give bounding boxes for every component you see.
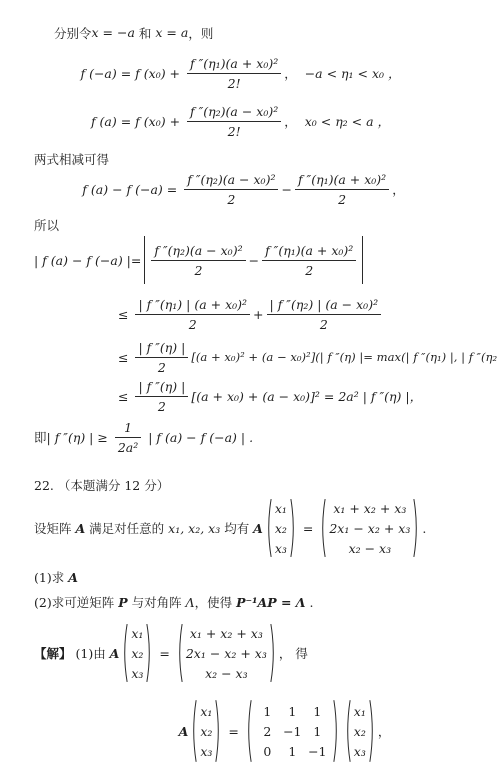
eq6-denominator: 2 — [135, 358, 188, 375]
matrix-a-symbol-3: A — [68, 570, 78, 585]
eq4-num-2: f ″(η₁)(a + x₀)² — [262, 243, 356, 261]
matrix-cell: 2 — [255, 721, 280, 741]
eq7-denominator: 2 — [135, 397, 188, 414]
eq6-numerator: | f ″(η) | — [135, 340, 188, 358]
matrix-a-symbol: A — [75, 521, 85, 536]
matrix-p-symbol: P — [118, 595, 127, 610]
problem-text-3: 均有 — [220, 519, 253, 537]
left-paren-icon — [176, 622, 183, 684]
right-paren-icon — [270, 622, 277, 684]
subquestion-2: (2)求可逆矩阵 P 与对角阵 Λ，使得 P⁻¹AP = Λ . — [34, 594, 483, 610]
subquestion-2-formula: P⁻¹AP = Λ — [236, 595, 305, 610]
subquestion-2-text-3: ，使得 — [195, 593, 236, 611]
intro-math-1: x = −a — [92, 25, 135, 40]
subquestion-2-period: . — [306, 595, 314, 610]
eq4-operator: − — [249, 253, 259, 268]
problem-vector-result: x₁ + x₂ + x₃2x₁ − x₂ + x₃x₂ − x₃ — [319, 497, 420, 559]
eq3-fraction-2: f ″(η₁)(a + x₀)²2 — [295, 172, 389, 207]
right-paren-icon — [369, 698, 376, 764]
eq3-comma: ， — [392, 180, 405, 198]
intro-text-3: ，则 — [188, 24, 213, 42]
eq7-fraction: | f ″(η) |2 — [135, 379, 188, 414]
left-paren-icon — [265, 497, 272, 559]
eq2-denominator: 2! — [187, 122, 281, 139]
problem-statement: 设矩阵 A 满足对任意的 x₁, x₂, x₃ 均有 A x₁x₂x₃ = x₁… — [34, 495, 483, 561]
intro-line: 分别令x = −a 和 x = a，则 — [34, 24, 483, 41]
right-paren-icon — [290, 497, 297, 559]
solution-vector-x: x₁x₂x₃ — [121, 622, 153, 684]
matrix-a-symbol-5: A — [179, 724, 189, 739]
eq5-num-2: | f ″(η₂) | (a − x₀)² — [267, 297, 382, 315]
eq3-lhs: f (a) − f (−a) = — [82, 182, 181, 197]
abs-bar-left — [144, 236, 145, 284]
question-22-header: 22. （本题满分 12 分） — [34, 477, 483, 493]
eq5-den-1: 2 — [135, 315, 250, 332]
problem-text-2: 满足对任意的 — [85, 519, 168, 537]
eq3-num-1: f ″(η₂)(a − x₀)² — [184, 172, 278, 190]
equation-bound-2: ≤ | f ″(η) |2 [(a + x₀)² + (a − x₀)²](| … — [118, 337, 483, 377]
solution-equals: = — [155, 646, 173, 661]
vector-entry: 2x₁ − x₂ + x₃ — [186, 643, 267, 663]
subtract-text: 两式相减可得 — [34, 151, 483, 167]
eq1-denominator: 2! — [187, 74, 281, 91]
solution-vector-result: x₁ + x₂ + x₃2x₁ − x₂ + x₃x₂ − x₃ — [176, 622, 277, 684]
conclusion-rhs: | f (a) − f (−a) | . — [144, 430, 253, 445]
intro-text-1: 分别令 — [54, 24, 92, 42]
eq3-fraction-1: f ″(η₂)(a − x₀)²2 — [184, 172, 278, 207]
eq1-lhs: f (−a) = f (x₀) + — [80, 66, 184, 81]
therefore-text: 所以 — [34, 217, 483, 233]
eq7-rest: [(a + x₀) + (a − x₀)]² = 2a² | f ″(η) |， — [191, 387, 422, 405]
right-paren-icon — [413, 497, 420, 559]
eq4-den-1: 2 — [151, 261, 245, 278]
eq1-condition: −a < η₁ < x₀ ， — [297, 64, 401, 82]
final-vector-x-2: x₁x₂x₃ — [344, 698, 376, 764]
eq7-numerator: | f ″(η) | — [135, 379, 188, 397]
final-equation: A x₁x₂x₃ = 111 2−11 01−1 x₁x₂x₃ ， — [34, 692, 483, 770]
eq2-condition: x₀ < η₂ < a ， — [297, 112, 390, 130]
matrix-cell: −1 — [305, 741, 330, 761]
vector-entry: x₁ — [200, 701, 212, 721]
vector-entry: x₁ + x₂ + x₃ — [186, 623, 267, 643]
left-paren-icon — [245, 698, 252, 764]
vector-entry: x₃ — [131, 663, 143, 683]
solution-line: 【解】 (1)由 A x₁x₂x₃ = x₁ + x₂ + x₃2x₁ − x₂… — [34, 618, 483, 688]
eq4-fraction-2: f ″(η₁)(a + x₀)²2 — [262, 243, 356, 278]
equation-bound-3: ≤ | f ″(η) |2 [(a + x₀) + (a − x₀)]² = 2… — [118, 377, 483, 415]
subquestion-1-text: (1)求 — [34, 568, 68, 586]
intro-text-2: 和 — [135, 24, 155, 42]
matrix-cell: 1 — [305, 701, 330, 721]
eq2-comma: ， — [284, 112, 297, 130]
subtract-label: 两式相减可得 — [34, 150, 109, 168]
solution-text-2: ， 得 — [279, 644, 308, 662]
coefficient-matrix: 111 2−11 01−1 — [245, 698, 340, 764]
conclusion-denominator: 2a² — [115, 438, 141, 455]
final-equals: = — [224, 724, 242, 739]
matrix-cell: 1 — [280, 701, 305, 721]
eq6-relation: ≤ — [118, 350, 132, 365]
vector-entry: x₂ − x₃ — [186, 663, 267, 683]
eq2-lhs: f (a) = f (x₀) + — [91, 114, 184, 129]
subquestion-1: (1)求 A — [34, 569, 483, 585]
conclusion-lhs: | f ″(η) | ≥ — [47, 430, 112, 445]
vector-entry: x₃ — [354, 741, 366, 761]
problem-text-1: 设矩阵 — [34, 519, 75, 537]
matrix-cell: 0 — [255, 741, 280, 761]
eq5-den-2: 2 — [267, 315, 382, 332]
left-paren-icon — [344, 698, 351, 764]
problem-variables: x₁, x₂, x₃ — [168, 521, 220, 536]
eq1-fraction: f ″(η₁)(a + x₀)²2! — [187, 56, 281, 91]
eq7-relation: ≤ — [118, 389, 132, 404]
eq1-numerator: f ″(η₁)(a + x₀)² — [187, 56, 281, 74]
matrix-a-symbol-4: A — [110, 646, 120, 661]
eq5-operator: + — [253, 307, 263, 322]
eq2-fraction: f ″(η₂)(a − x₀)²2! — [187, 104, 281, 139]
eq5-fraction-1: | f ″(η₁) | (a + x₀)²2 — [135, 297, 250, 332]
matrix-cell: −1 — [280, 721, 305, 741]
left-paren-icon — [319, 497, 326, 559]
abs-bar-right — [362, 236, 363, 284]
equation-conclusion: 即 | f ″(η) | ≥ 12a² | f (a) − f (−a) | . — [34, 417, 483, 457]
eq3-den-2: 2 — [295, 190, 389, 207]
intro-math-2: x = a — [155, 25, 188, 40]
final-vector-x: x₁x₂x₃ — [190, 698, 222, 764]
vector-entry: x₂ — [275, 518, 287, 538]
problem-period: . — [422, 521, 426, 536]
problem-equals: = — [299, 521, 317, 536]
eq5-relation: ≤ — [118, 307, 132, 322]
final-comma: ， — [378, 722, 391, 740]
matrix-cell: 1 — [255, 701, 280, 721]
eq4-fraction-1: f ″(η₂)(a − x₀)²2 — [151, 243, 245, 278]
equation-abs-difference: | f (a) − f (−a) |= f ″(η₂)(a − x₀)²2 − … — [34, 235, 483, 285]
document-page: 分别令x = −a 和 x = a，则 f (−a) = f (x₀) + f … — [0, 0, 497, 784]
matrix-cell: 1 — [280, 741, 305, 761]
right-paren-icon — [333, 698, 340, 764]
conclusion-fraction: 12a² — [115, 420, 141, 455]
vector-entry: x₁ — [275, 498, 287, 518]
eq5-num-1: | f ″(η₁) | (a + x₀)² — [135, 297, 250, 315]
conclusion-numerator: 1 — [115, 420, 141, 438]
eq3-operator: − — [281, 182, 291, 197]
therefore-label: 所以 — [34, 216, 59, 234]
problem-vector-x: x₁x₂x₃ — [265, 497, 297, 559]
subquestion-2-text-1: (2)求可逆矩阵 — [34, 593, 118, 611]
matrix-a-symbol-2: A — [253, 521, 263, 536]
vector-entry: x₁ — [131, 623, 143, 643]
vector-entry: x₂ — [200, 721, 212, 741]
eq6-rest: [(a + x₀)² + (a − x₀)²](| f ″(η) |= max(… — [191, 350, 497, 364]
solution-tag: 【解】 — [34, 644, 72, 662]
matrix-cell: 1 — [305, 721, 330, 741]
left-paren-icon — [190, 698, 197, 764]
vector-entry: x₁ + x₂ + x₃ — [329, 498, 410, 518]
conclusion-label: 即 — [34, 428, 47, 446]
eq3-num-2: f ″(η₁)(a + x₀)² — [295, 172, 389, 190]
eq4-den-2: 2 — [262, 261, 356, 278]
right-paren-icon — [146, 622, 153, 684]
eq2-numerator: f ″(η₂)(a − x₀)² — [187, 104, 281, 122]
vector-entry: x₃ — [200, 741, 212, 761]
eq1-comma: ， — [284, 64, 297, 82]
equation-f-neg-a: f (−a) = f (x₀) + f ″(η₁)(a + x₀)²2! ， −… — [34, 49, 483, 97]
equation-difference: f (a) − f (−a) = f ″(η₂)(a − x₀)²2 − f ″… — [34, 167, 483, 211]
vector-entry: 2x₁ − x₂ + x₃ — [329, 518, 410, 538]
vector-entry: x₁ — [354, 701, 366, 721]
vector-entry: x₃ — [275, 538, 287, 558]
vector-entry: x₂ — [354, 721, 366, 741]
equation-bound-1: ≤ | f ″(η₁) | (a + x₀)²2 + | f ″(η₂) | (… — [118, 293, 483, 335]
eq4-num-1: f ″(η₂)(a − x₀)² — [151, 243, 245, 261]
left-paren-icon — [121, 622, 128, 684]
right-paren-icon — [215, 698, 222, 764]
vector-entry: x₂ − x₃ — [329, 538, 410, 558]
eq6-fraction: | f ″(η) |2 — [135, 340, 188, 375]
question-22-title: 22. （本题满分 12 分） — [34, 476, 169, 494]
eq4-lhs: | f (a) − f (−a) |= — [34, 253, 141, 268]
subquestion-2-text-2: 与对角阵 — [128, 593, 186, 611]
eq3-den-1: 2 — [184, 190, 278, 207]
vector-entry: x₂ — [131, 643, 143, 663]
eq5-fraction-2: | f ″(η₂) | (a − x₀)²2 — [267, 297, 382, 332]
equation-f-a: f (a) = f (x₀) + f ″(η₂)(a − x₀)²2! ， x₀… — [34, 97, 483, 145]
solution-text-1: (1)由 — [72, 644, 110, 662]
lambda-symbol: Λ — [186, 595, 195, 610]
